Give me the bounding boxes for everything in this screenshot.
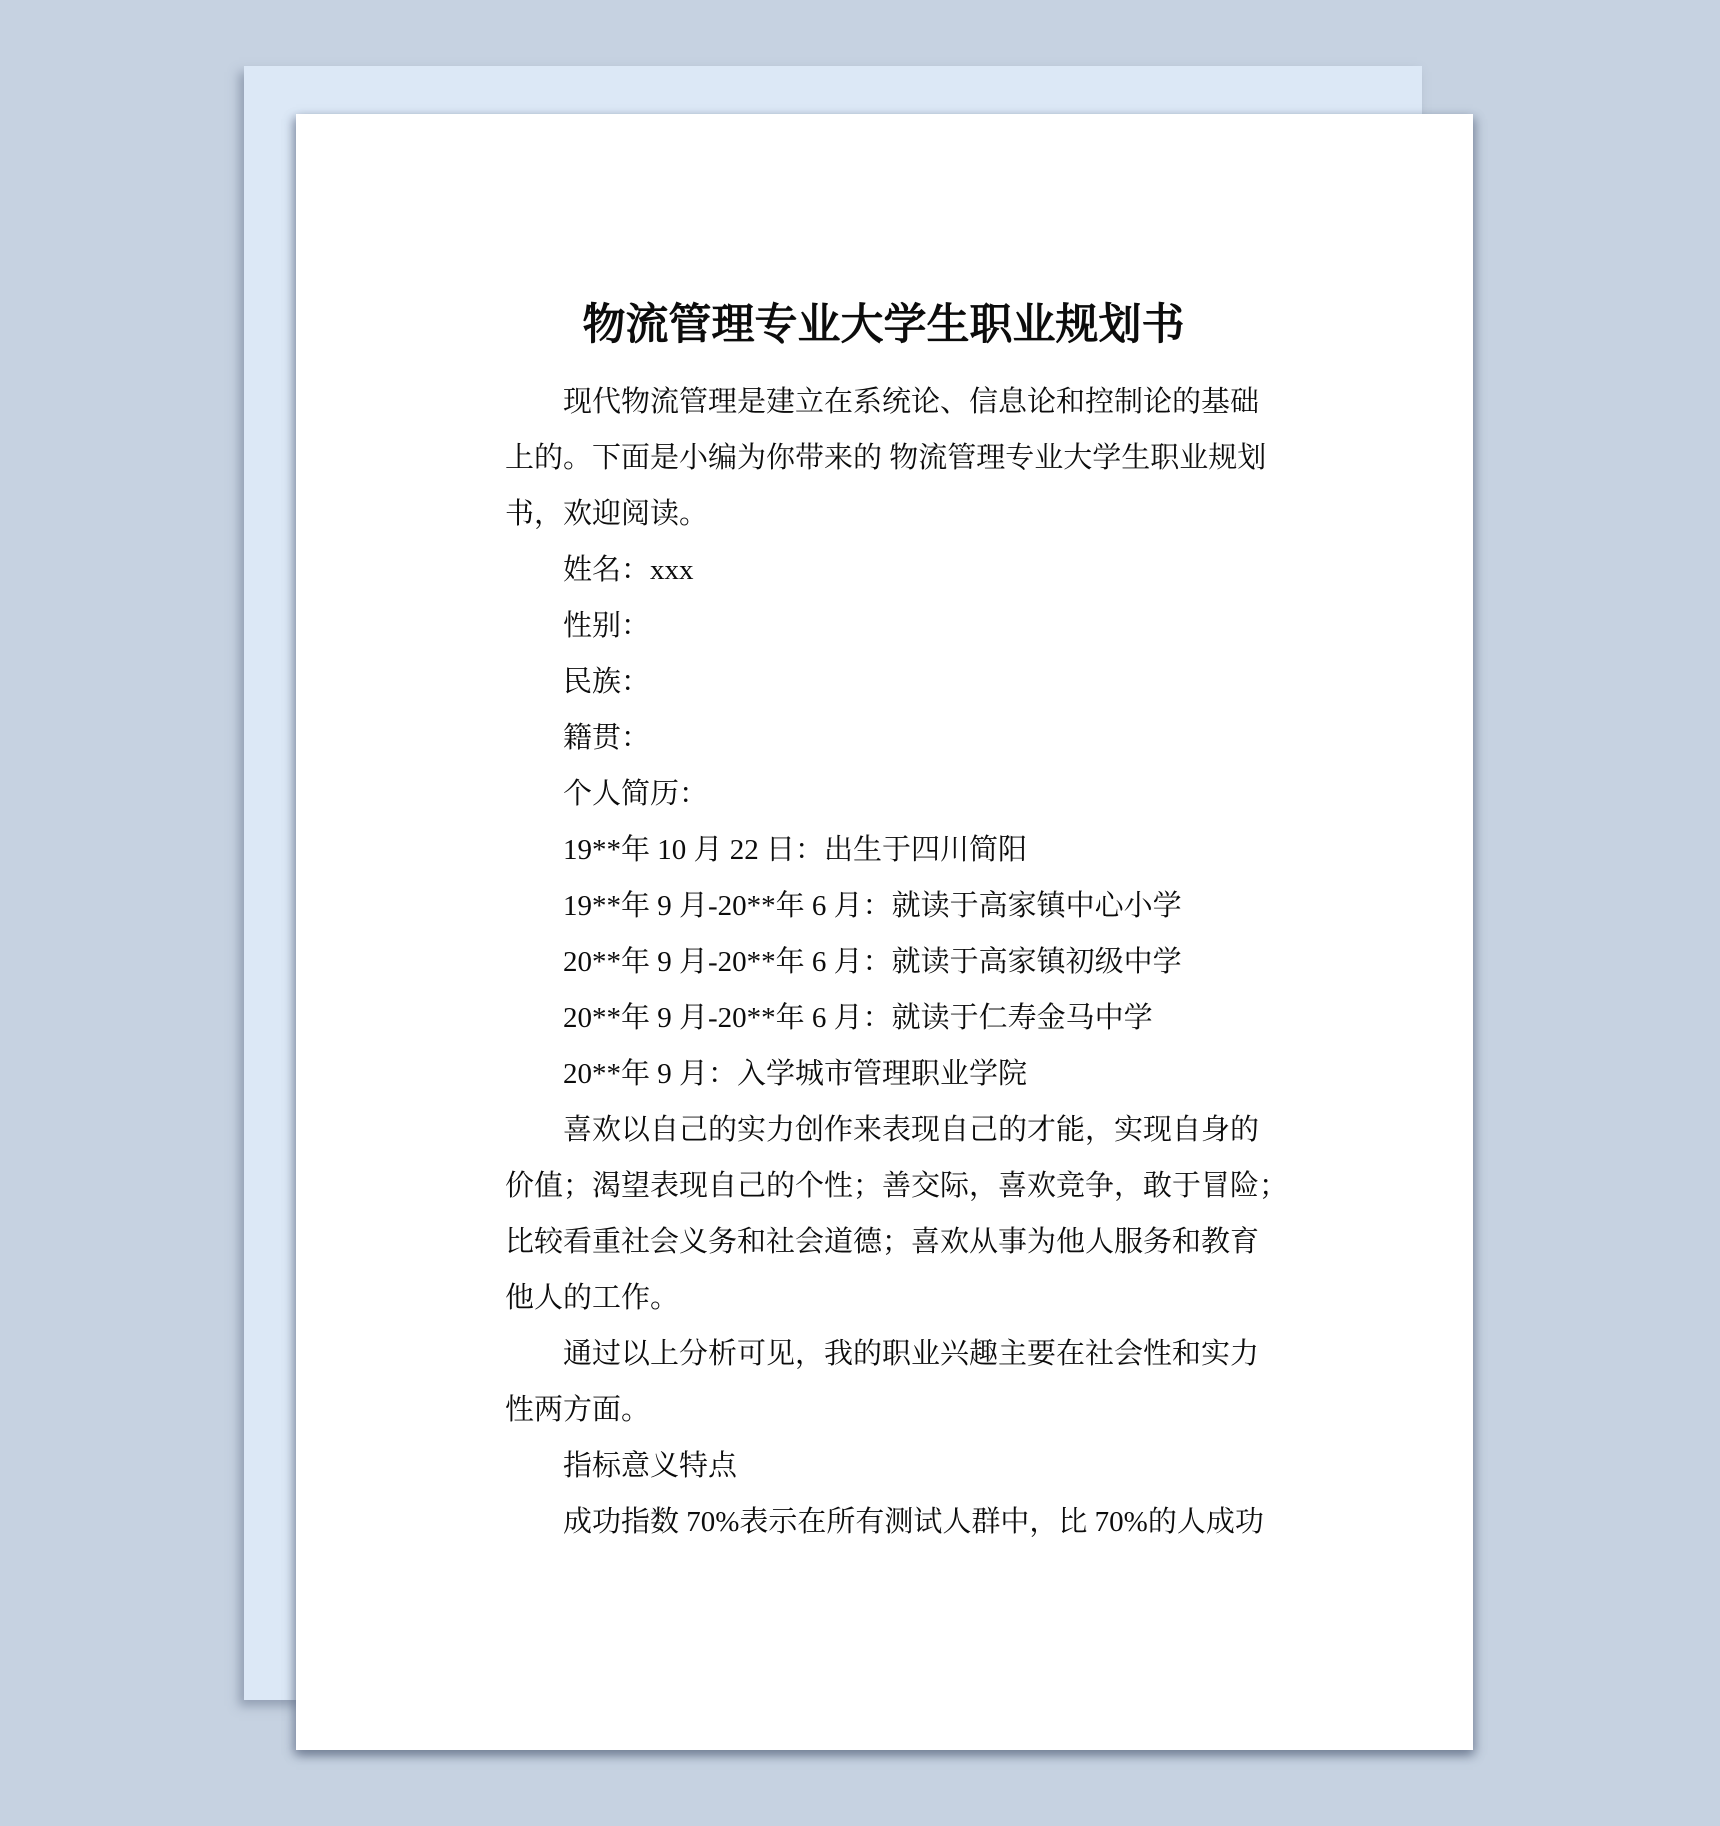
document-line: 比较看重社会义务和社会道德；喜欢从事为他人服务和教育	[505, 1214, 1262, 1270]
document-page: 物流管理专业大学生职业规划书 现代物流管理是建立在系统论、信息论和控制论的基础 …	[296, 114, 1473, 1750]
document-line: 20**年 9 月-20**年 6 月：就读于仁寿金马中学	[505, 990, 1262, 1046]
document-line: 指标意义特点	[505, 1438, 1262, 1494]
document-line: 上的。下面是小编为你带来的 物流管理专业大学生职业规划	[505, 430, 1262, 486]
document-title: 物流管理专业大学生职业规划书	[505, 298, 1262, 354]
document-line: 通过以上分析可见，我的职业兴趣主要在社会性和实力	[505, 1326, 1262, 1382]
document-line: 籍贯：	[505, 710, 1262, 766]
document-line: 价值；渴望表现自己的个性；善交际，喜欢竞争，敢于冒险；	[505, 1158, 1262, 1214]
document-line: 他人的工作。	[505, 1270, 1262, 1326]
document-line: 19**年 9 月-20**年 6 月：就读于高家镇中心小学	[505, 878, 1262, 934]
document-line: 现代物流管理是建立在系统论、信息论和控制论的基础	[505, 374, 1262, 430]
document-line: 20**年 9 月-20**年 6 月：就读于高家镇初级中学	[505, 934, 1262, 990]
document-line: 书，欢迎阅读。	[505, 486, 1262, 542]
document-line: 民族：	[505, 654, 1262, 710]
desktop-background: 物流管理专业大学生职业规划书 现代物流管理是建立在系统论、信息论和控制论的基础 …	[0, 0, 1720, 1826]
document-line: 19**年 10 月 22 日：出生于四川简阳	[505, 822, 1262, 878]
document-line: 成功指数 70%表示在所有测试人群中，比 70%的人成功	[505, 1494, 1262, 1550]
document-line: 个人简历：	[505, 766, 1262, 822]
document-line: 性别：	[505, 598, 1262, 654]
document-line: 20**年 9 月：入学城市管理职业学院	[505, 1046, 1262, 1102]
document-line: 姓名：xxx	[505, 542, 1262, 598]
document-line: 喜欢以自己的实力创作来表现自己的才能，实现自身的	[505, 1102, 1262, 1158]
document-content-area: 物流管理专业大学生职业规划书 现代物流管理是建立在系统论、信息论和控制论的基础 …	[505, 114, 1262, 1550]
document-line: 性两方面。	[505, 1382, 1262, 1438]
document-body: 现代物流管理是建立在系统论、信息论和控制论的基础 上的。下面是小编为你带来的 物…	[505, 374, 1262, 1550]
